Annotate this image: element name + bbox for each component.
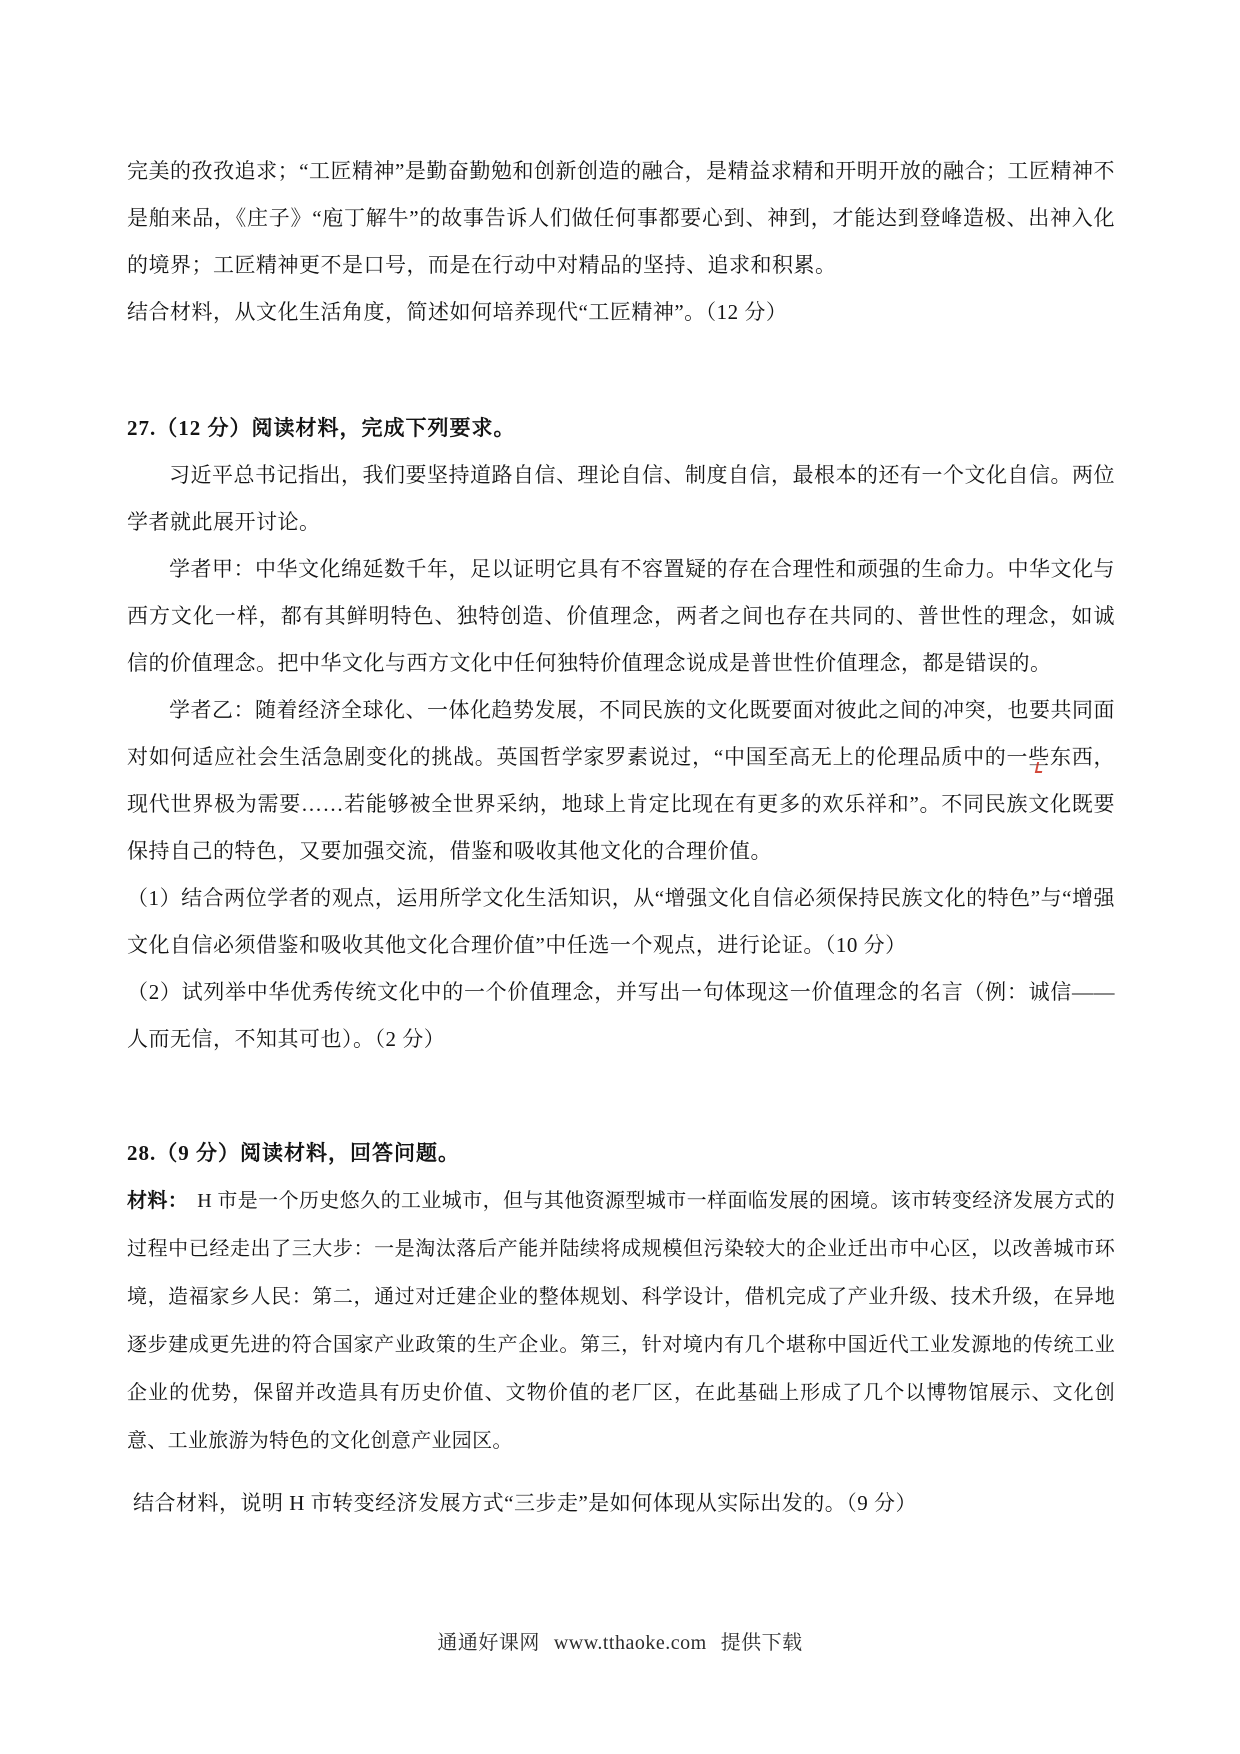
section-question-27: 27.（12 分）阅读材料，完成下列要求。 习近平总书记指出，我们要坚持道路自信…: [127, 405, 1115, 1063]
section-craftsman-spirit-continuation: 完美的孜孜追求；“工匠精神”是勤奋勤勉和创新创造的融合，是精益求精和开明开放的融…: [127, 148, 1115, 336]
question-27-scholar-a: 学者甲：中华文化绵延数千年，足以证明它具有不容置疑的存在合理性和顽强的生命力。中…: [127, 546, 1115, 687]
exam-page: 完美的孜孜追求；“工匠精神”是勤奋勤勉和创新创造的融合，是精益求精和开明开放的融…: [0, 0, 1240, 1754]
craftsman-spirit-paragraph: 完美的孜孜追求；“工匠精神”是勤奋勤勉和创新创造的融合，是精益求精和开明开放的融…: [127, 148, 1115, 289]
question-28-material-label: 材料：: [127, 1190, 188, 1212]
question-27-intro: 习近平总书记指出，我们要坚持道路自信、理论自信、制度自信，最根本的还有一个文化自…: [127, 452, 1115, 546]
question-27-sub-question-1: （1）结合两位学者的观点，运用所学文化生活知识，从“增强文化自信必须保持民族文化…: [127, 875, 1115, 969]
question-28-material-body: H 市是一个历史悠久的工业城市，但与其他资源型城市一样面临发展的困境。该市转变经…: [127, 1190, 1115, 1452]
footer-download-label: 提供下载: [721, 1632, 803, 1654]
craftsman-spirit-question: 结合材料，从文化生活角度，简述如何培养现代“工匠精神”。（12 分）: [127, 289, 1115, 336]
question-28-heading: 28.（9 分）阅读材料，回答问题。: [127, 1130, 1115, 1177]
page-footer: 通通好课网www.tthaoke.com提供下载: [0, 1628, 1240, 1658]
question-27-scholar-b: 学者乙：随着经济全球化、一体化趋势发展，不同民族的文化既要面对彼此之间的冲突，也…: [127, 687, 1115, 875]
footer-url: www.tthaoke.com: [554, 1632, 707, 1654]
question-28-material: 材料：H 市是一个历史悠久的工业城市，但与其他资源型城市一样面临发展的困境。该市…: [127, 1177, 1115, 1465]
section-question-28: 28.（9 分）阅读材料，回答问题。 材料：H 市是一个历史悠久的工业城市，但与…: [127, 1130, 1115, 1527]
question-27-heading: 27.（12 分）阅读材料，完成下列要求。: [127, 405, 1115, 452]
footer-site-name: 通通好课网: [437, 1632, 540, 1654]
question-27-sub-question-2: （2）试列举中华优秀传统文化中的一个价值理念，并写出一句体现这一价值理念的名言（…: [127, 969, 1115, 1063]
question-28-question: 结合材料，说明 H 市转变经济发展方式“三步走”是如何体现从实际出发的。（9 分…: [127, 1480, 1115, 1527]
